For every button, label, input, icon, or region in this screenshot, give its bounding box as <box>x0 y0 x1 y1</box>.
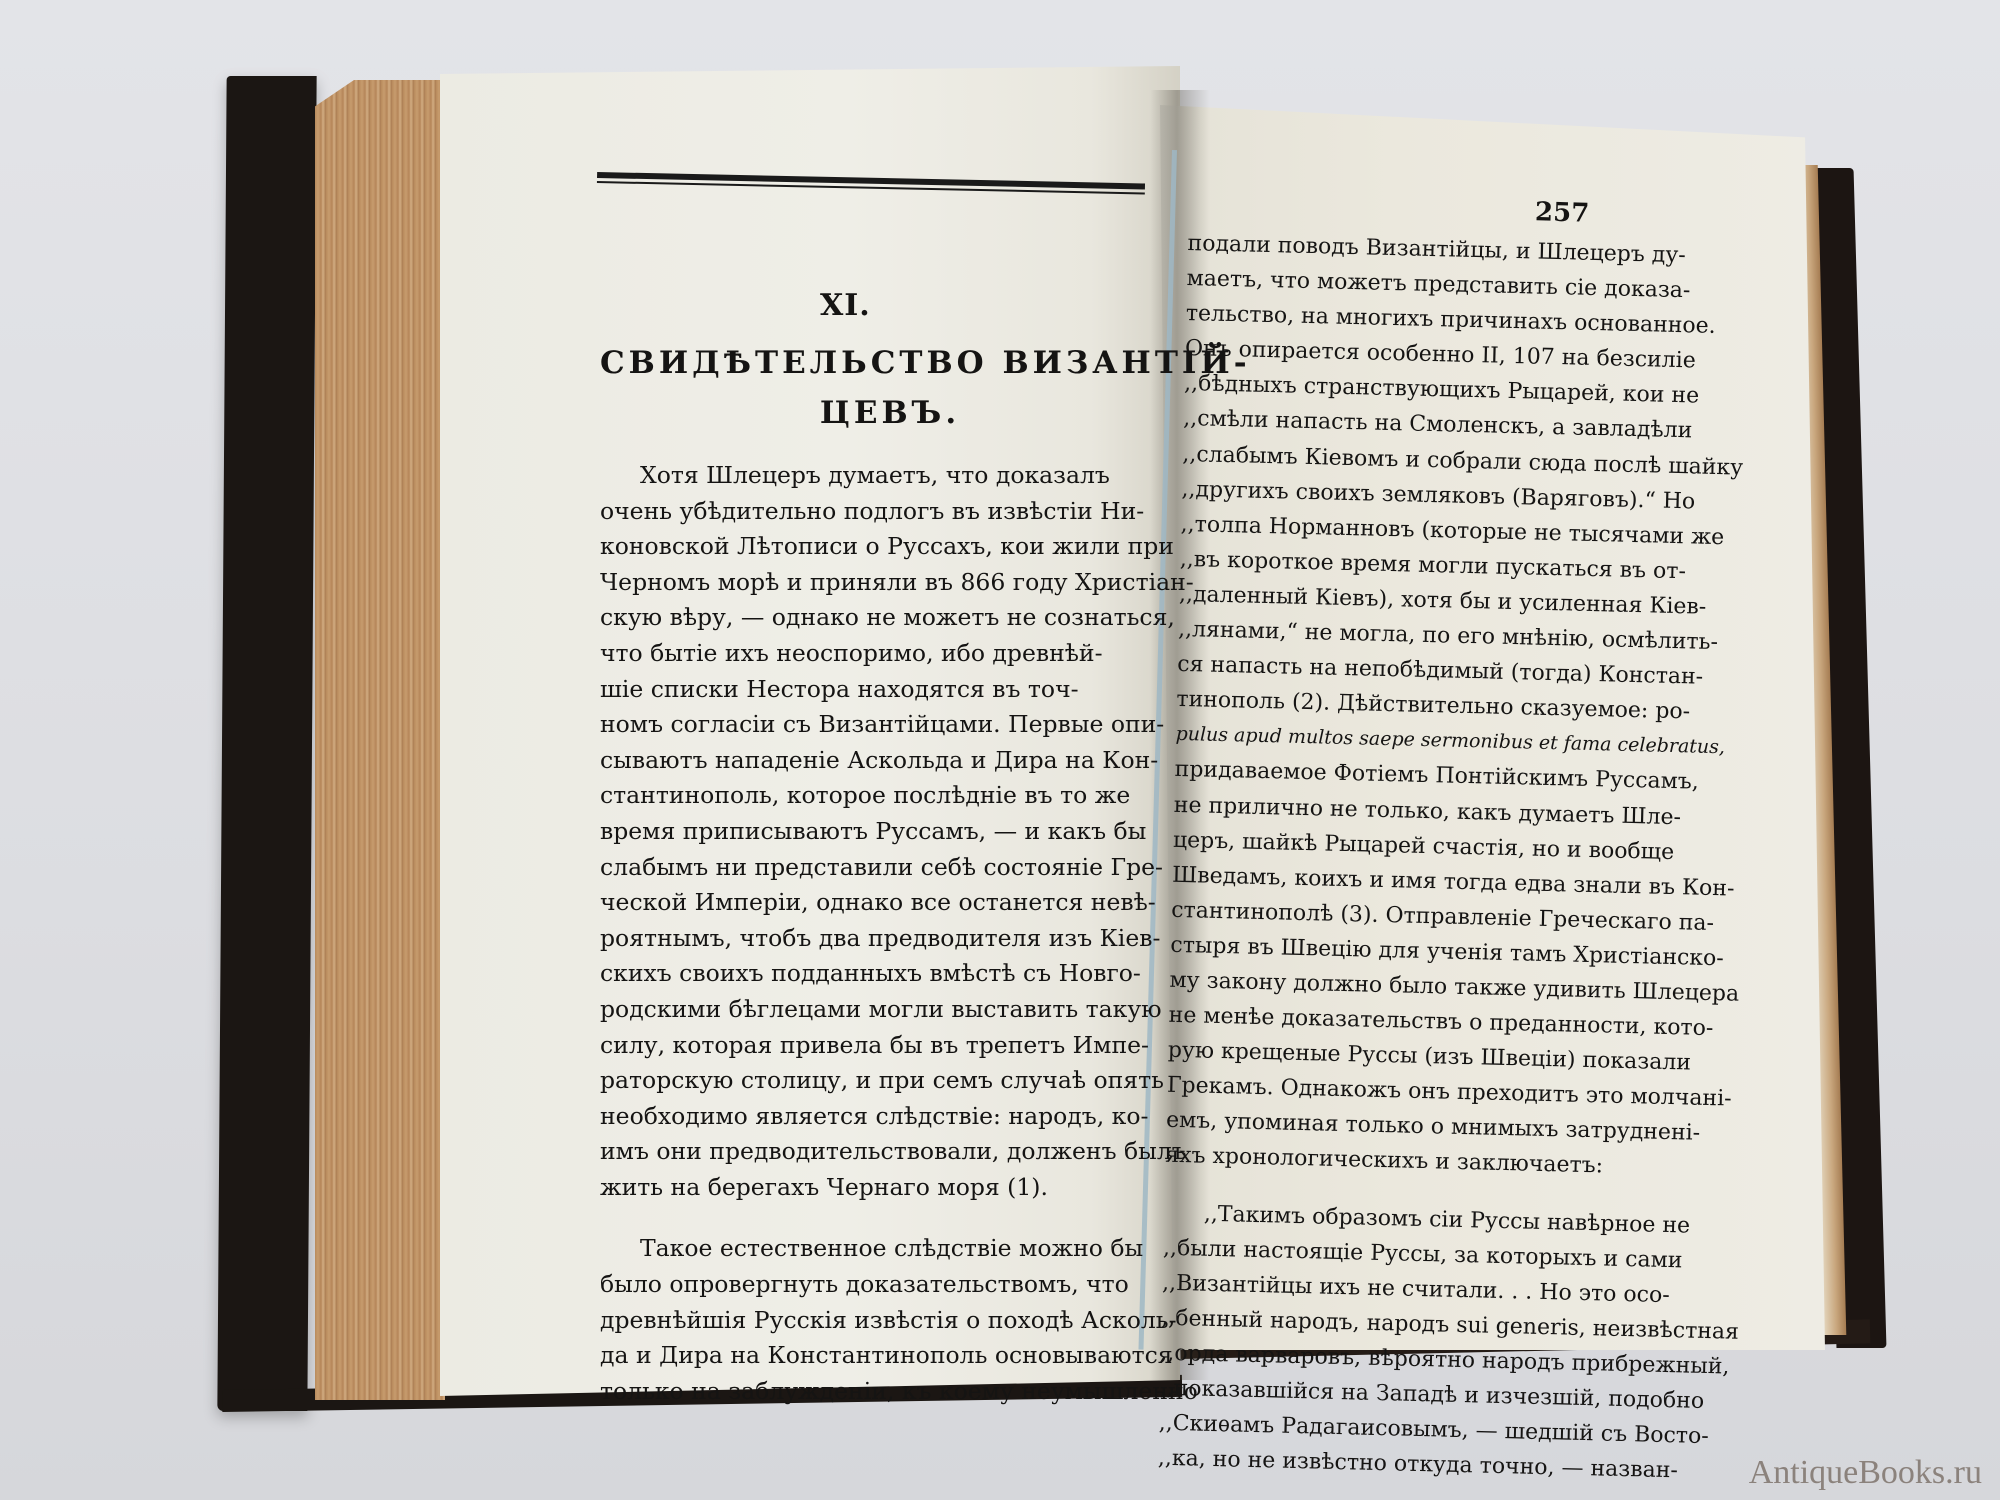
text-line: Хотя Шлецеръ думаетъ, что доказалъ <box>600 458 1165 494</box>
book-cover-left-board <box>217 76 316 1411</box>
page-edges-left <box>315 80 445 1400</box>
quotation: ,,Такимъ образомъ сіи Руссы навѣрное не,… <box>1157 1195 1754 1490</box>
text-line: только на заблужденіи, къ коему неумышле… <box>600 1374 1165 1410</box>
watermark: AntiqueBooks.ru <box>1749 1454 1982 1492</box>
chapter-title-line: СВИДѢТЕЛЬСТВО ВИЗАНТІЙ- <box>600 338 1180 388</box>
page-number: 257 <box>1535 197 1590 228</box>
text-line: слабымъ ни представили себѣ состояніе Гр… <box>600 850 1165 886</box>
text-line: коновской Лѣтописи о Руссахъ, кои жили п… <box>600 529 1165 565</box>
paragraph-2: Такое естественное слѣдствіе можно быбыл… <box>600 1231 1165 1409</box>
text-line: шіе списки Нестора находятся въ точ- <box>600 672 1165 708</box>
text-line: роятнымъ, чтобъ два предводителя изъ Кіе… <box>600 921 1165 957</box>
text-line: жить на берегахъ Чернаго моря (1). <box>600 1170 1165 1206</box>
text-line: Такое естественное слѣдствіе можно бы <box>600 1231 1165 1267</box>
chapter-title: СВИДѢТЕЛЬСТВО ВИЗАНТІЙ- ЦЕВЪ. <box>600 338 1180 438</box>
text-line: имъ они предводительствовали, долженъ бы… <box>600 1134 1165 1170</box>
text-line: стантинополь, которое послѣдніе въ то же <box>600 778 1165 814</box>
text-line: необходимо является слѣдствіе: народъ, к… <box>600 1099 1165 1135</box>
text-line: силу, которая привела бы въ трепетъ Импе… <box>600 1028 1165 1064</box>
text-line: время приписываютъ Руссамъ, — и какъ бы <box>600 814 1165 850</box>
text-line: ческой Имперіи, однако все останется нев… <box>600 885 1165 921</box>
right-page-body: подали поводъ Византійцы, и Шлецеръ ду-м… <box>1157 226 1777 1490</box>
text-line: что бытіе ихъ неоспоримо, ибо древнѣй- <box>600 636 1165 672</box>
text-line: номъ согласіи съ Византійцами. Первые оп… <box>600 707 1165 743</box>
paragraph-1: подали поводъ Византійцы, и Шлецеръ ду-м… <box>1165 226 1778 1188</box>
paragraph-1: Хотя Шлецеръ думаетъ, что доказалъочень … <box>600 458 1165 1205</box>
text-line: Черномъ морѣ и приняли въ 866 году Христ… <box>600 565 1165 601</box>
text-line: очень убѣдительно подлогъ въ извѣстіи Ни… <box>600 494 1165 530</box>
text-line: да и Дира на Константинополь основываютс… <box>600 1338 1165 1374</box>
chapter-title-line: ЦЕВЪ. <box>600 388 1180 438</box>
text-line: было опровергнуть доказательствомъ, что <box>600 1267 1165 1303</box>
text-line: родскими бѣглецами могли выставить такую <box>600 992 1165 1028</box>
text-line: раторскую столицу, и при семъ случаѣ опя… <box>600 1063 1165 1099</box>
chapter-number: XI. <box>820 288 871 323</box>
text-line: сываютъ нападеніе Аскольда и Дира на Кон… <box>600 743 1165 779</box>
left-page-body: Хотя Шлецеръ думаетъ, что доказалъочень … <box>600 458 1165 1409</box>
text-line: скую вѣру, — однако не можетъ не сознать… <box>600 600 1165 636</box>
text-line: древнѣйшія Русскія извѣстія о походѣ Аск… <box>600 1303 1165 1339</box>
text-line: скихъ своихъ подданныхъ вмѣстѣ съ Новго- <box>600 956 1165 992</box>
